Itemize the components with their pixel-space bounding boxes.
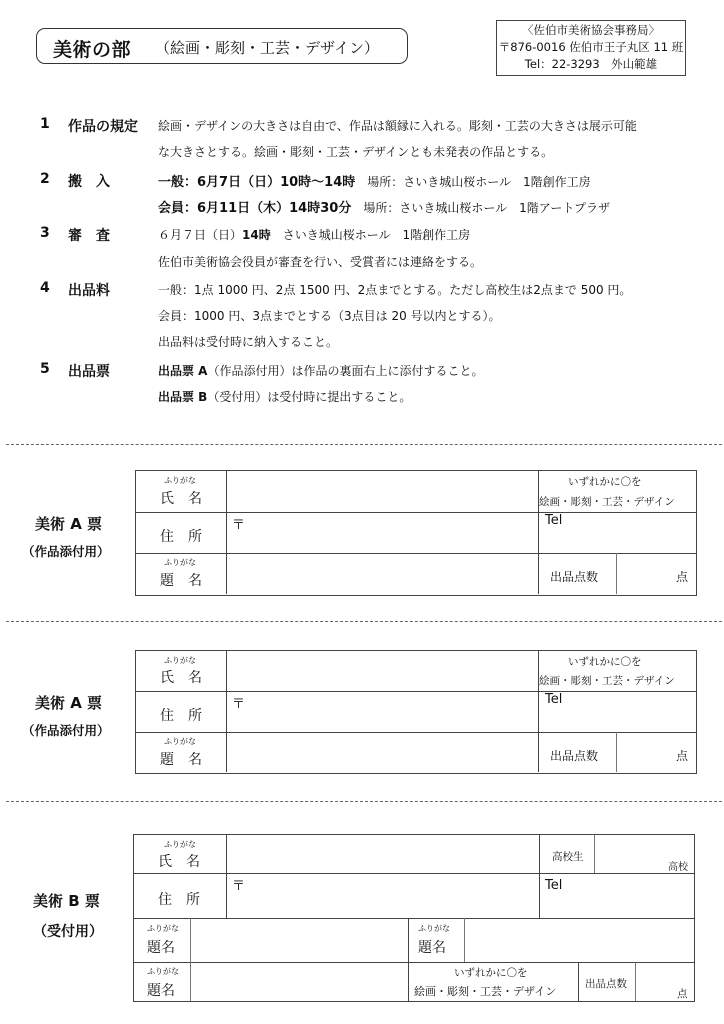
furigana-label: ふりがな [164, 475, 196, 486]
rule-text-pre: ６月７日（日） [158, 228, 242, 242]
title-label: 題 名 [160, 749, 202, 769]
title-box: 美術の部 （絵画・彫刻・工芸・デザイン） [36, 28, 408, 64]
circle-note: いずれかに〇を [568, 654, 642, 669]
rule-text: 一般：6月7日（日）10時～14時 場所：さいき城山桜ホール 1階創作工房 [158, 171, 591, 190]
col-divider [464, 918, 465, 962]
rule-text-bold: 出品票 A [158, 364, 207, 378]
name-field[interactable] [228, 651, 537, 690]
rule-text: 一般：1点 1000 円、2点 1500 円、2点までとする。ただし高校生は2点… [158, 281, 631, 298]
count-label: 出品点数 [585, 976, 627, 991]
count-unit: 点 [676, 568, 688, 585]
artwork-title-field-1[interactable] [192, 919, 407, 962]
postal-mark-icon: 〒 [232, 875, 245, 894]
circle-note: いずれかに〇を [454, 965, 528, 980]
col-divider [190, 918, 191, 1001]
category-options[interactable]: 絵画・彫刻・工芸・デザイン [539, 673, 675, 688]
office-address: 〒876-0016 佐伯市王子丸区 11 班 [497, 39, 685, 56]
col-divider [226, 471, 227, 594]
col-divider [635, 962, 636, 1001]
title-label: 題 名 [160, 570, 202, 590]
col-divider [578, 962, 579, 1001]
name-label: 氏 名 [158, 851, 200, 871]
col-divider [538, 471, 539, 594]
rule-heading: 出品料 [68, 280, 110, 300]
tel-field[interactable] [571, 513, 695, 553]
tel-field[interactable] [571, 874, 693, 918]
category-options[interactable]: 絵画・彫刻・工芸・デザイン [414, 983, 556, 999]
form-title: 美術 A 票 [35, 692, 102, 713]
artwork-title-field-3[interactable] [192, 963, 407, 1001]
name-field[interactable] [228, 835, 538, 872]
rule-number: 2 [40, 171, 50, 187]
col-divider [594, 835, 595, 873]
address-field[interactable] [246, 874, 536, 918]
rule-text-rest: 場所：さいき城山桜ホール 1階アートプラザ [351, 201, 610, 215]
page-subtitle: （絵画・彫刻・工芸・デザイン） [155, 37, 379, 58]
count-field[interactable] [618, 554, 678, 594]
form-subtitle: （作品添付用） [22, 542, 110, 560]
cut-line [6, 801, 722, 802]
office-name: 〈佐伯市美術協会事務局〉 [497, 22, 685, 39]
rule-text: 出品票 A（作品添付用）は作品の裏面右上に添付すること。 [158, 362, 483, 379]
rule-text: 佐伯市美術協会役員が審査を行い、受賞者には連絡をする。 [158, 253, 482, 270]
title-label: 題名 [147, 937, 175, 957]
rule-text: 出品票 B（受付用）は受付時に提出すること。 [158, 388, 411, 405]
form-title: 美術 A 票 [35, 513, 102, 534]
col-divider [538, 651, 539, 772]
name-field[interactable] [228, 471, 537, 511]
entry-table: ふりがな 氏 名 いずれかに〇を 絵画・彫刻・工芸・デザイン 住 所 〒 Tel… [135, 650, 697, 774]
rule-heading: 審 査 [68, 225, 110, 245]
postal-mark-icon: 〒 [232, 693, 245, 712]
rule-number: 1 [40, 116, 50, 132]
form-title: 美術 B 票 [33, 890, 100, 911]
cut-line [6, 621, 722, 622]
office-info-box: 〈佐伯市美術協会事務局〉 〒876-0016 佐伯市王子丸区 11 班 Tel：… [496, 20, 686, 76]
name-label: 氏 名 [160, 667, 202, 687]
rule-text-bold: 会員：6月11日（木）14時30分 [158, 201, 351, 216]
cut-line [6, 444, 722, 445]
col-divider [616, 732, 617, 772]
col-divider [408, 918, 409, 1001]
tel-field[interactable] [571, 692, 695, 732]
address-field[interactable] [246, 513, 536, 553]
tel-label: Tel [545, 878, 562, 893]
count-label: 出品点数 [550, 747, 598, 764]
entry-table: ふりがな 氏 名 高校生 高校 住 所 〒 Tel ふりがな 題名 ふりがな 題… [133, 834, 695, 1002]
rule-text: 会員：1000 円、3点までとする（3点目は 20 号以内とする）。 [158, 307, 501, 324]
rule-text: な大きさとする。絵画・彫刻・工芸・デザインとも未発表の作品とする。 [158, 143, 553, 160]
furigana-label: ふりがな [164, 839, 196, 850]
rule-text-bold: 一般：6月7日（日）10時～14時 [158, 175, 355, 190]
address-label: 住 所 [158, 889, 200, 909]
rule-text-rest: 場所：さいき城山桜ホール 1階創作工房 [355, 175, 590, 189]
address-label: 住 所 [160, 526, 202, 546]
tel-label: Tel [545, 692, 562, 707]
address-field[interactable] [246, 692, 536, 732]
furigana-label: ふりがな [147, 923, 179, 934]
office-contact: Tel：22-3293 外山範雄 [497, 56, 685, 73]
address-label: 住 所 [160, 705, 202, 725]
rule-text: 絵画・デザインの大きさは自由で、作品は額縁に入れる。彫刻・工芸の大きさは展示可能 [158, 117, 637, 134]
col-divider [616, 553, 617, 594]
rule-text-rest: （作品添付用）は作品の裏面右上に添付すること。 [207, 364, 483, 378]
rule-text-bold: 14時 [242, 228, 271, 242]
furigana-label: ふりがな [164, 557, 196, 568]
furigana-label: ふりがな [164, 655, 196, 666]
title-label: 題名 [418, 937, 446, 957]
rule-heading: 出品票 [68, 361, 110, 381]
rule-text-rest: （受付用）は受付時に提出すること。 [207, 390, 411, 404]
school-suffix: 高校 [668, 858, 688, 873]
name-label: 氏 名 [160, 488, 202, 508]
entry-table: ふりがな 氏 名 いずれかに〇を 絵画・彫刻・工芸・デザイン 住 所 〒 Tel… [135, 470, 697, 596]
circle-note: いずれかに〇を [568, 474, 642, 489]
rule-heading: 搬 入 [68, 171, 110, 191]
artwork-title-field-2[interactable] [466, 919, 693, 962]
artwork-title-field[interactable] [228, 554, 537, 594]
rule-text-rest: さいき城山桜ホール 1階創作工房 [271, 228, 470, 242]
rule-text-bold: 出品票 B [158, 390, 207, 404]
rule-number: 3 [40, 225, 50, 241]
category-options[interactable]: 絵画・彫刻・工芸・デザイン [539, 494, 675, 509]
postal-mark-icon: 〒 [232, 514, 245, 533]
furigana-label: ふりがな [418, 923, 450, 934]
rule-text: 出品料は受付時に納入すること。 [158, 333, 338, 350]
furigana-label: ふりがな [164, 736, 196, 747]
page-title: 美術の部 [53, 35, 131, 62]
col-divider [226, 651, 227, 772]
student-label: 高校生 [552, 849, 584, 864]
col-divider [226, 835, 227, 918]
count-field[interactable] [618, 733, 678, 772]
form-subtitle: （受付用） [33, 921, 103, 941]
count-unit: 点 [677, 986, 688, 1001]
title-label: 題名 [147, 980, 175, 1000]
rule-text: ６月７日（日）14時 さいき城山桜ホール 1階創作工房 [158, 226, 470, 243]
rule-number: 4 [40, 280, 50, 296]
furigana-label: ふりがな [147, 966, 179, 977]
rule-text: 会員：6月11日（木）14時30分 場所：さいき城山桜ホール 1階アートプラザ [158, 197, 610, 216]
artwork-title-field[interactable] [228, 733, 537, 772]
tel-label: Tel [545, 513, 562, 528]
form-subtitle: （作品添付用） [22, 721, 110, 739]
col-divider [539, 835, 540, 918]
rule-number: 5 [40, 361, 50, 377]
rule-heading: 作品の規定 [68, 116, 138, 136]
count-unit: 点 [676, 747, 688, 764]
count-label: 出品点数 [550, 568, 598, 585]
